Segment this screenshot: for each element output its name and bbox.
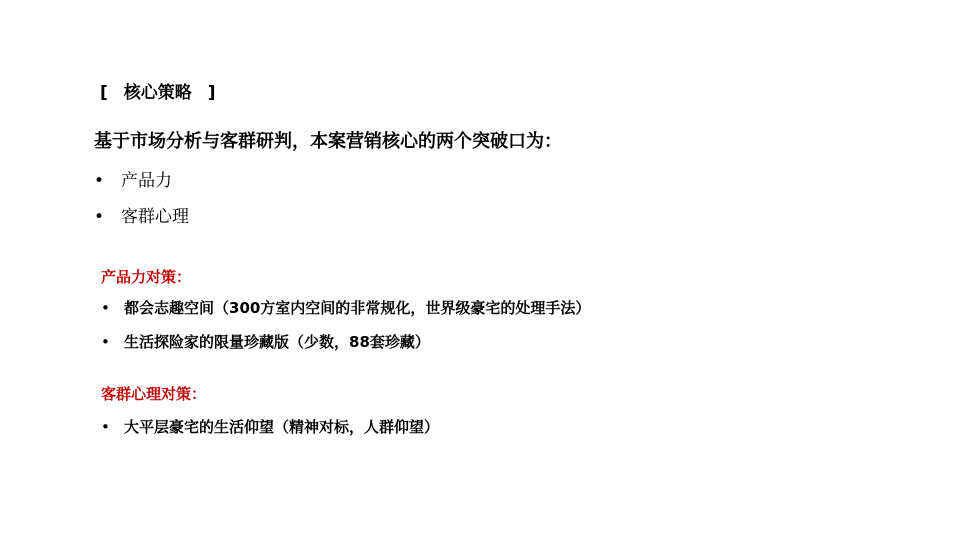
- breakthrough-label: 客群心理: [121, 207, 189, 227]
- strategy-text: 生活探险家的限量珍藏版（少数，88套珍藏）: [124, 333, 430, 351]
- strategy-item: •大平层豪宅的生活仰望（精神对标，人群仰望）: [101, 416, 439, 437]
- section-heading-psychology: 客群心理对策：: [101, 383, 206, 404]
- title-bracket-close: ]: [208, 83, 216, 103]
- title-bracket-open: [: [100, 83, 108, 103]
- bullet-icon: •: [101, 418, 124, 436]
- strategy-item: •生活探险家的限量珍藏版（少数，88套珍藏）: [101, 331, 430, 352]
- bullet-icon: •: [101, 333, 124, 351]
- bullet-icon: •: [94, 171, 121, 191]
- breakthrough-item: •产品力: [94, 166, 172, 191]
- breakthrough-item: •客群心理: [94, 202, 189, 227]
- title-text: 核心策略: [124, 83, 192, 103]
- bullet-icon: •: [101, 299, 124, 317]
- section-heading-product: 产品力对策：: [101, 266, 191, 287]
- strategy-text: 都会志趣空间（300方室内空间的非常规化，世界级豪宅的处理手法）: [124, 299, 590, 317]
- strategy-item: •都会志趣空间（300方室内空间的非常规化，世界级豪宅的处理手法）: [101, 297, 590, 318]
- breakthrough-label: 产品力: [121, 171, 172, 191]
- strategy-text: 大平层豪宅的生活仰望（精神对标，人群仰望）: [124, 418, 439, 436]
- slide-title: [核心策略]: [100, 78, 216, 103]
- bullet-icon: •: [94, 207, 121, 227]
- intro-statement: 基于市场分析与客群研判，本案营销核心的两个突破口为：: [94, 127, 562, 153]
